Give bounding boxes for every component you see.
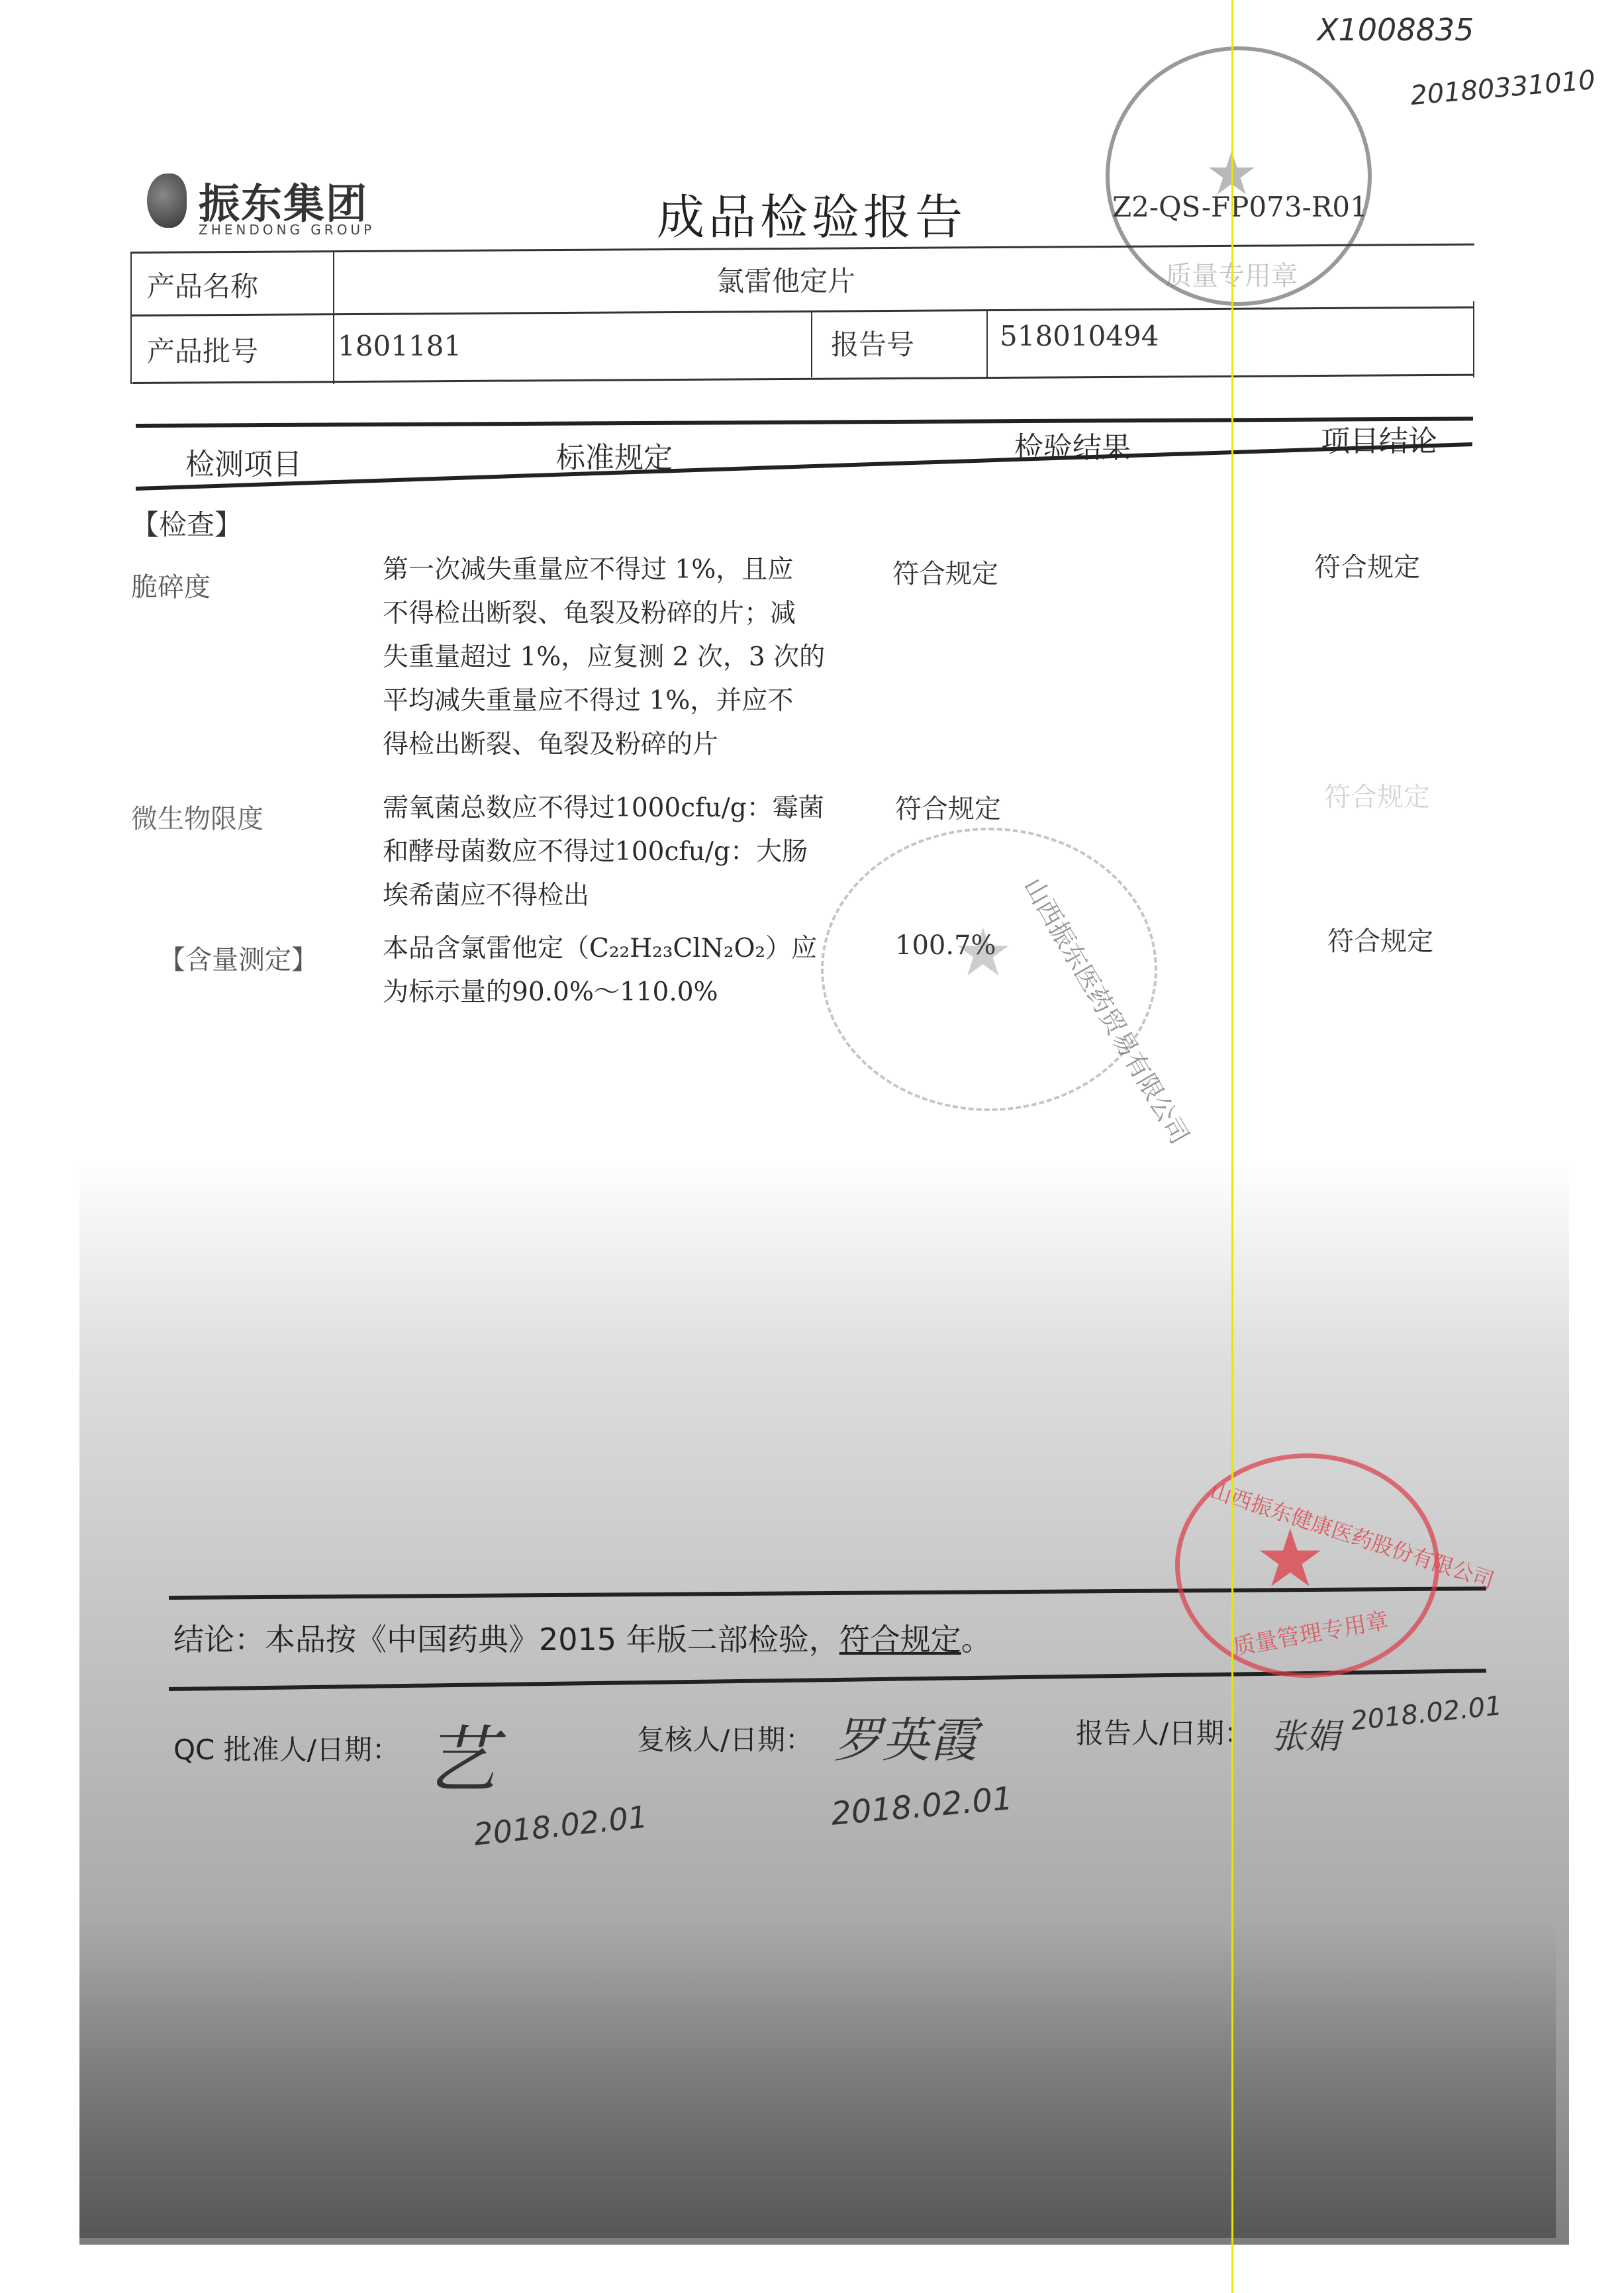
standard-line: 埃希菌应不得检出 xyxy=(383,874,824,918)
row-conclusion-assay: 符合规定 xyxy=(1327,920,1433,958)
conclusion-suffix: 。 xyxy=(961,1622,992,1657)
info-table-col3-border xyxy=(986,311,988,377)
reporter-label: 报告人/日期： xyxy=(1076,1712,1252,1751)
scanner-artifact-line xyxy=(1231,0,1233,2293)
info-table-col2-border xyxy=(811,311,812,377)
batch-number-value: 1801181 xyxy=(338,330,461,362)
handwritten-ref-number: X1008835 xyxy=(1317,12,1474,48)
row-item-microbial: 微生物限度 xyxy=(131,798,263,836)
row-conclusion-friability: 符合规定 xyxy=(1314,546,1420,584)
standard-line: 为标示量的90.0%～110.0% xyxy=(383,971,817,1014)
standard-line: 第一次减失重量应不得过 1%，且应 xyxy=(383,548,825,592)
page-title: 成品检验报告 xyxy=(657,179,967,248)
row-standard-microbial: 需氧菌总数应不得过1000cfu/g：霉菌 和酵母菌数应不得过100cfu/g：… xyxy=(383,787,824,918)
conclusion-verdict: 符合规定 xyxy=(839,1622,961,1657)
product-name-label: 产品名称 xyxy=(147,265,258,305)
qc-approver-label: QC 批准人/日期： xyxy=(173,1728,400,1768)
report-number-label: 报告号 xyxy=(831,323,914,363)
standard-line: 得检出断裂、龟裂及粉碎的片 xyxy=(383,723,825,767)
star-icon: ★ xyxy=(953,914,1013,991)
conclusion-prefix: 结论：本品按《中国药典》2015 年版二部检验， xyxy=(173,1622,839,1657)
info-table-mid-border xyxy=(130,307,1474,317)
handwritten-date-code: 20180331010 xyxy=(1409,65,1597,111)
batch-number-label: 产品批号 xyxy=(147,330,258,369)
row-item-friability: 脆碎度 xyxy=(131,566,211,604)
info-table-right-border xyxy=(1473,301,1474,377)
standard-line: 平均减失重量应不得过 1%，并应不 xyxy=(383,679,825,723)
standard-line: 不得检出断裂、龟裂及粉碎的片；减 xyxy=(383,592,825,636)
conclusion-text: 结论：本品按《中国药典》2015 年版二部检验，符合规定。 xyxy=(173,1616,992,1659)
section-check-label: 【检查】 xyxy=(131,503,242,543)
row-standard-friability: 第一次减失重量应不得过 1%，且应 不得检出断裂、龟裂及粉碎的片；减 失重量超过… xyxy=(383,548,825,767)
results-header-top-border xyxy=(136,416,1473,428)
standard-line: 失重量超过 1%，应复测 2 次，3 次的 xyxy=(383,636,825,679)
reviewer-signature: 罗英霞 xyxy=(834,1702,977,1771)
info-table-col1-border xyxy=(333,252,334,384)
row-item-assay: 【含量测定】 xyxy=(159,939,318,977)
column-header-conclusion: 项目结论 xyxy=(1321,417,1437,460)
row-standard-assay: 本品含氯雷他定（C₂₂H₂₃ClN₂O₂）应 为标示量的90.0%～110.0% xyxy=(383,927,817,1014)
row-conclusion-microbial: 符合规定 xyxy=(1324,776,1430,814)
row-result-friability: 符合规定 xyxy=(892,553,998,591)
row-result-microbial: 符合规定 xyxy=(895,788,1001,826)
standard-line: 需氧菌总数应不得过1000cfu/g：霉菌 xyxy=(383,787,824,830)
standard-line: 和酵母菌数应不得过100cfu/g：大肠 xyxy=(383,830,824,874)
report-number-value: 518010494 xyxy=(1000,320,1159,352)
qc-approver-signature: 艺 xyxy=(424,1702,497,1806)
logo-text-en: ZHENDONG GROUP xyxy=(199,222,375,238)
column-header-item: 检测项目 xyxy=(185,440,302,483)
zhendong-logo-icon xyxy=(147,173,187,228)
scan-shading-bottom xyxy=(79,1920,1556,2238)
reviewer-label: 复核人/日期： xyxy=(637,1718,813,1758)
results-header-bottom-border xyxy=(136,442,1472,491)
info-table-left-border xyxy=(130,252,132,384)
standard-line: 本品含氯雷他定（C₂₂H₂₃ClN₂O₂）应 xyxy=(383,927,817,971)
logo-text-cn: 振东集团 xyxy=(199,171,368,230)
product-name-value: 氯雷他定片 xyxy=(716,260,855,299)
reporter-signature: 张娟 xyxy=(1271,1708,1340,1758)
document-code: Z2-QS-FP073-R01 xyxy=(1112,191,1368,223)
